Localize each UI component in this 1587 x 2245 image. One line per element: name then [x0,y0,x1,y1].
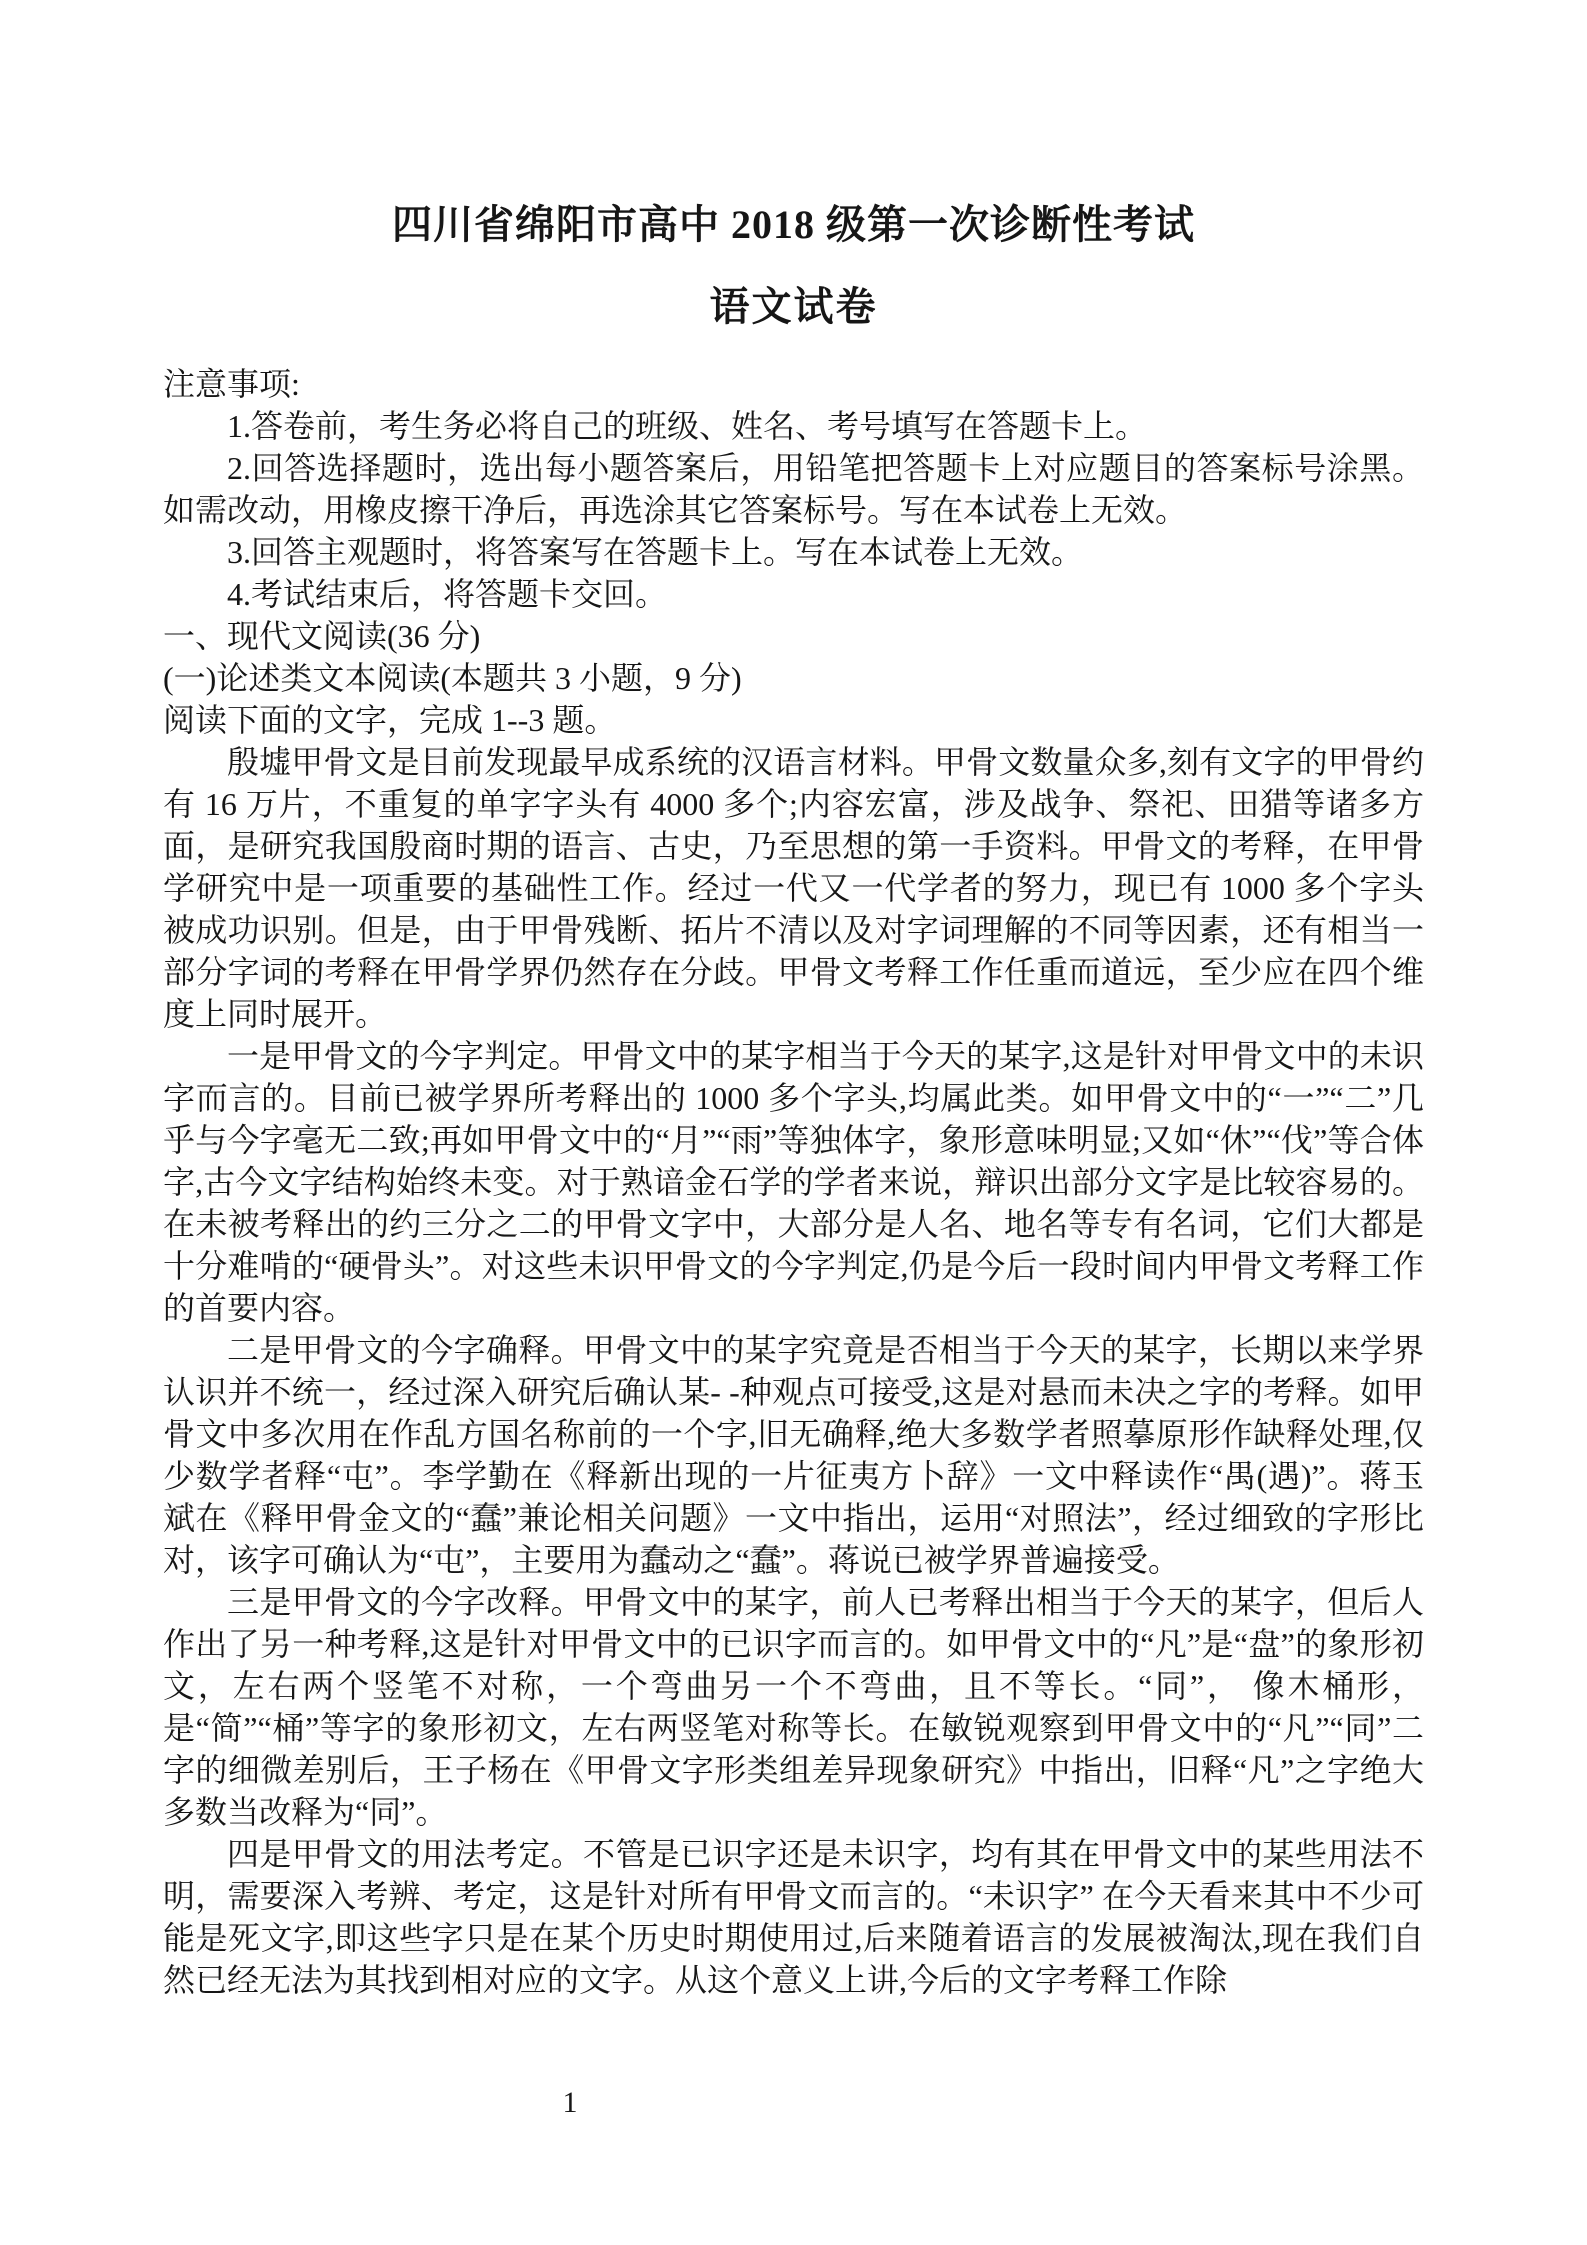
notice-item-4: 4.考试结束后，将答题卡交回。 [163,573,1424,615]
passage-paragraph-2: 一是甲骨文的今字判定。甲骨文中的某字相当于今天的某字,这是针对甲骨文中的未识字而… [163,1035,1424,1329]
paper-body: 注意事项: 1.答卷前，考生务必将自己的班级、姓名、考号填写在答题卡上。 2.回… [163,363,1424,2001]
notice-label: 注意事项: [163,363,1424,405]
notice-item-2: 2.回答选择题时，选出每小题答案后，用铅笔把答题卡上对应题目的答案标号涂黑。如需… [163,447,1424,531]
exam-title: 四川省绵阳市高中 2018 级第一次诊断性考试 [163,205,1424,245]
passage-paragraph-1: 殷墟甲骨文是目前发现最早成系统的汉语言材料。甲骨文数量众多,刻有文字的甲骨约有 … [163,741,1424,1035]
subsection-heading: (一)论述类文本阅读(本题共 3 小题，9 分) [163,657,1424,699]
passage-paragraph-4: 三是甲骨文的今字改释。甲骨文中的某字，前人已考释出相当于今天的某字，但后人作出了… [163,1581,1424,1833]
reading-instruction: 阅读下面的文字，完成 1--3 题。 [163,699,1424,741]
notice-item-1: 1.答卷前，考生务必将自己的班级、姓名、考号填写在答题卡上。 [163,405,1424,447]
passage-paragraph-3: 二是甲骨文的今字确释。甲骨文中的某字究竟是否相当于今天的某字，长期以来学界认识并… [163,1329,1424,1581]
notice-item-3: 3.回答主观题时，将答案写在答题卡上。写在本试卷上无效。 [163,531,1424,573]
page-number: 1 [540,2088,600,2118]
paper-subtitle: 语文试卷 [163,287,1424,327]
section-heading: 一、现代文阅读(36 分) [163,615,1424,657]
passage-paragraph-5: 四是甲骨文的用法考定。不管是已识字还是未识字，均有其在甲骨文中的某些用法不明，需… [163,1833,1424,2001]
exam-paper-page: 四川省绵阳市高中 2018 级第一次诊断性考试 语文试卷 注意事项: 1.答卷前… [0,0,1587,2245]
